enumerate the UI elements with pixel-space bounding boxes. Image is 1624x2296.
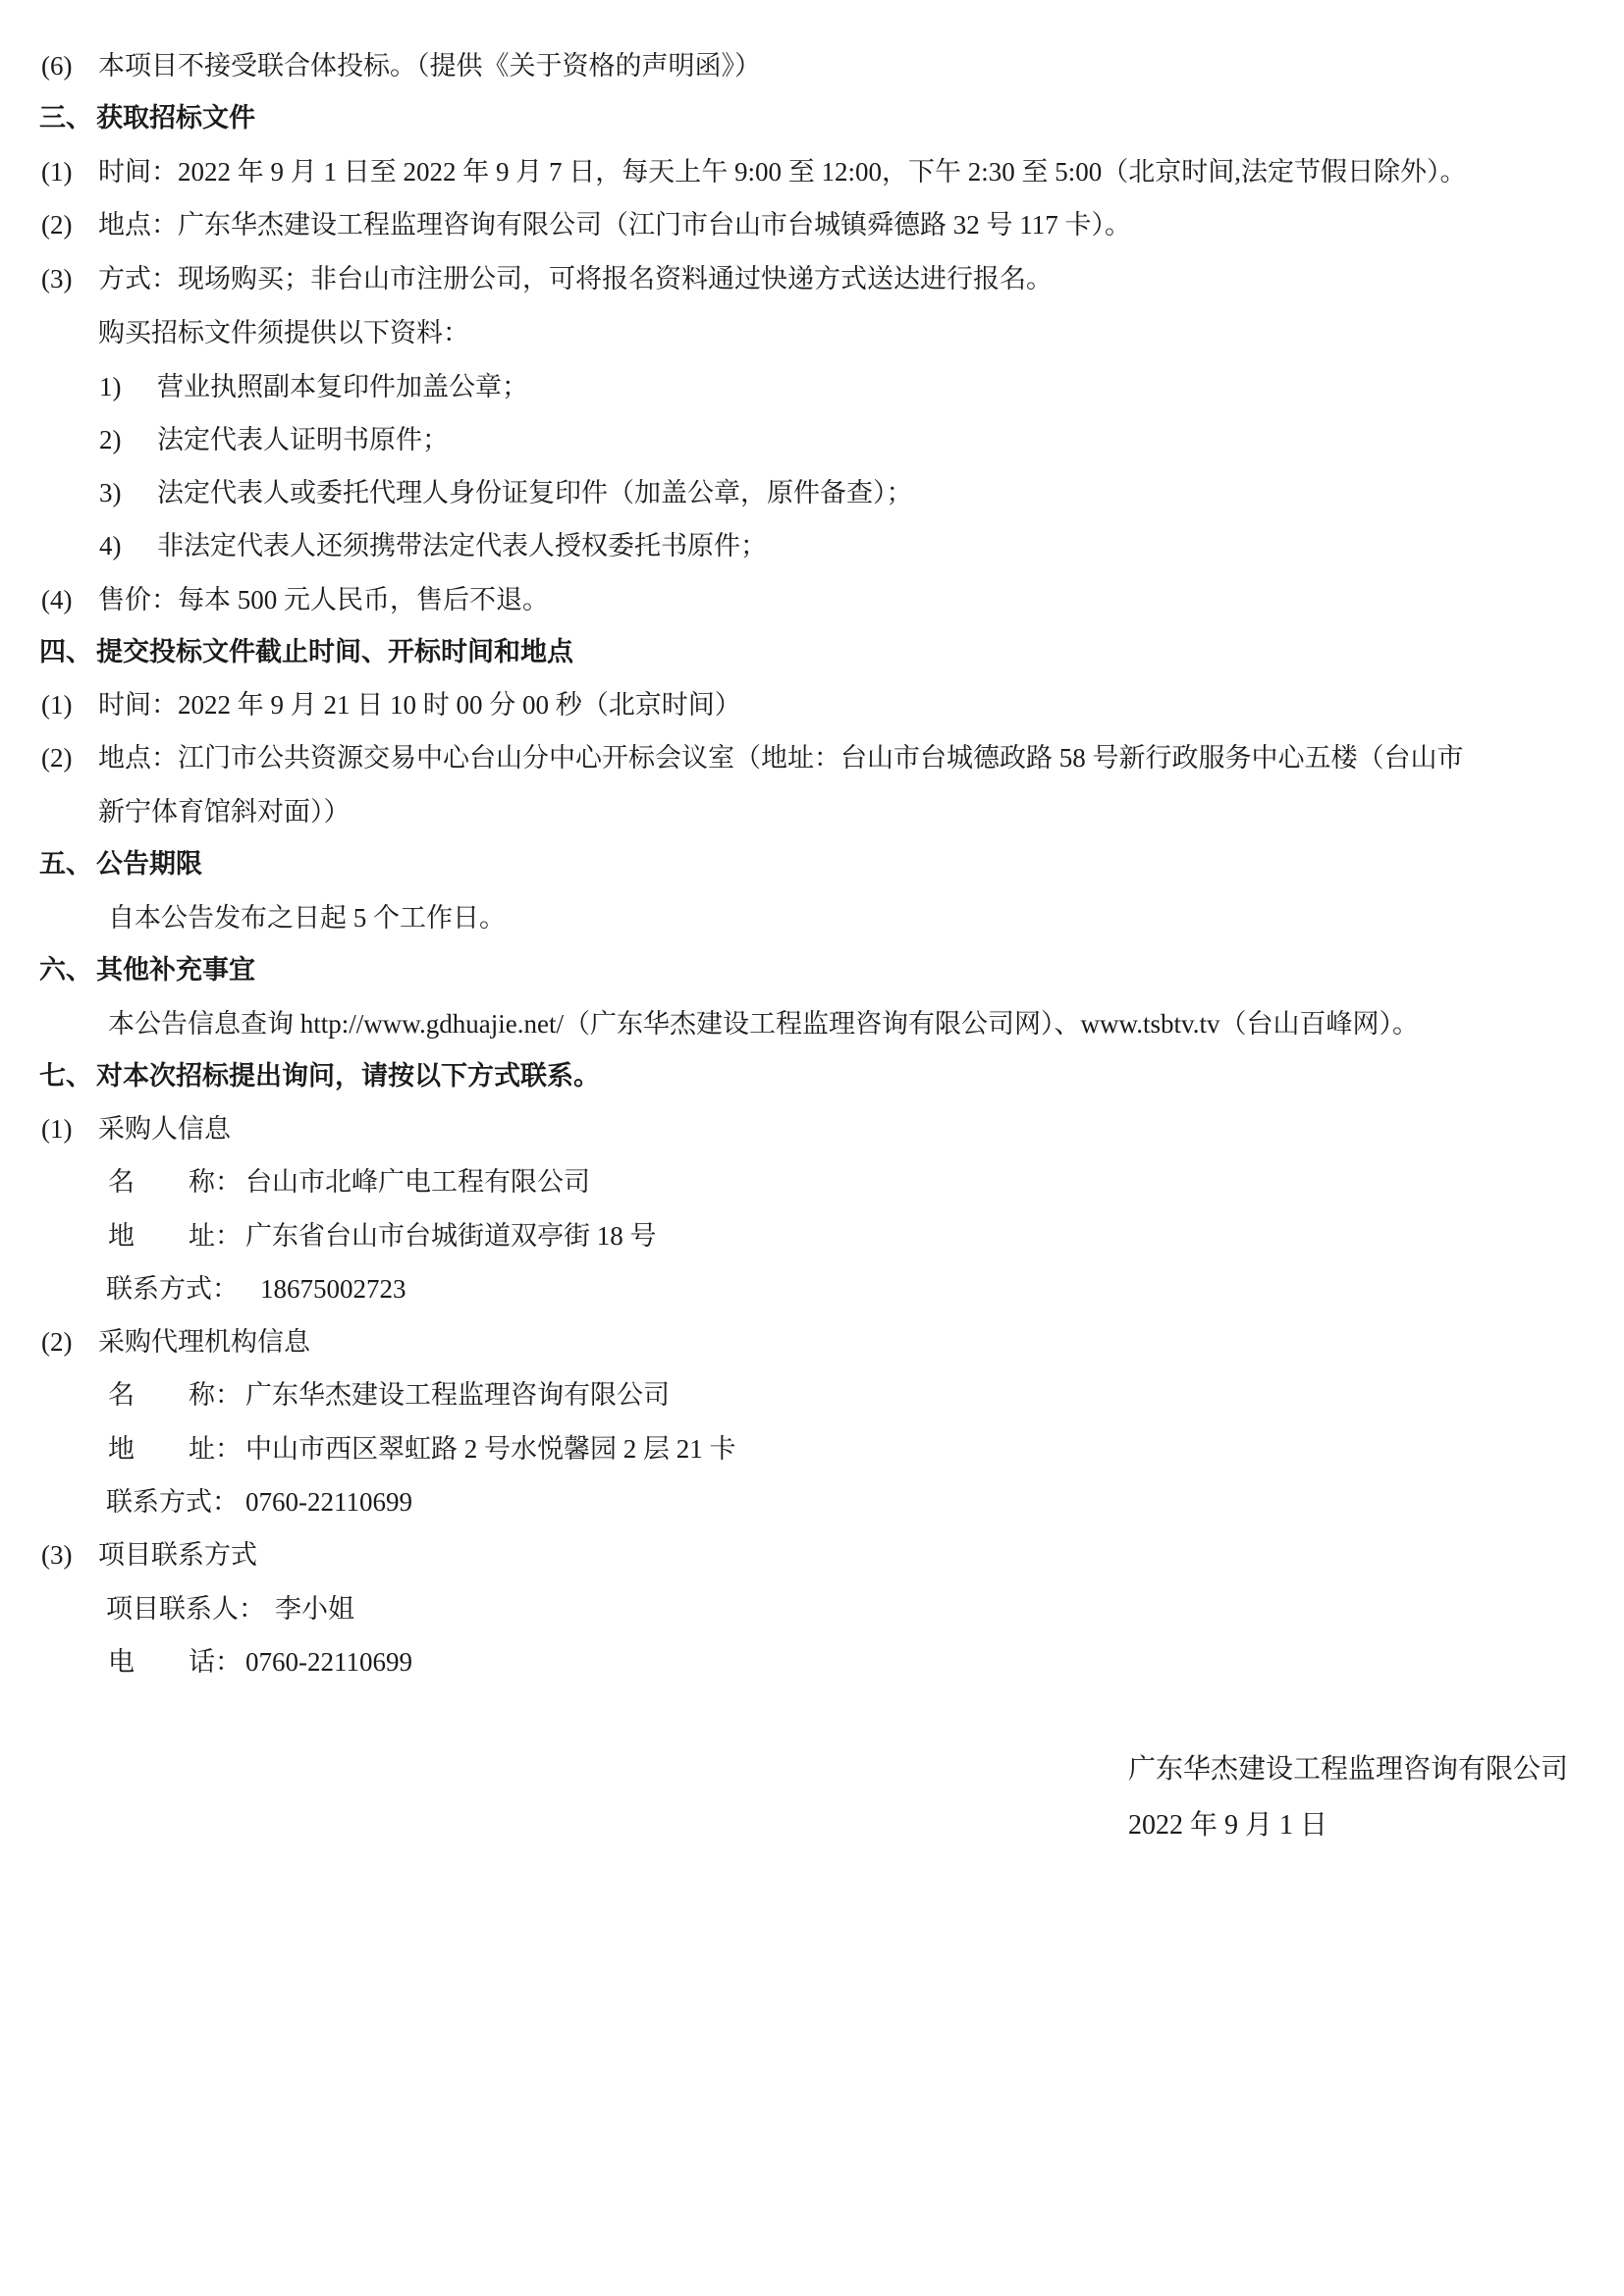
field-colon: ： bbox=[215, 1368, 242, 1421]
section-title: 其他补充事宜 bbox=[96, 943, 255, 996]
section-number: 三、 bbox=[39, 91, 92, 144]
field-label: 联系方式： bbox=[106, 1475, 239, 1528]
purchaser-contact: 18675002723 bbox=[260, 1262, 406, 1315]
field-label-part: 名 bbox=[108, 1155, 135, 1208]
item-text: 本项目不接受联合体投标。（提供《关于资格的声明函》） bbox=[98, 39, 761, 92]
item-number: (1) bbox=[41, 145, 72, 198]
field-label-part: 址 bbox=[189, 1422, 215, 1475]
item-number: (4) bbox=[41, 573, 72, 626]
section-number: 四、 bbox=[39, 625, 92, 678]
item-number: (1) bbox=[41, 1102, 72, 1155]
field-colon: ： bbox=[215, 1635, 242, 1688]
material-number: 2) bbox=[99, 413, 122, 466]
section-6-text: 本公告信息查询 http://www.gdhuajie.net/（广东华杰建设工… bbox=[108, 997, 1419, 1050]
section-title: 获取招标文件 bbox=[96, 91, 255, 144]
item-text: 地点：江门市公共资源交易中心台山分中心开标会议室（地址：台山市台城德政路 58 … bbox=[98, 731, 1464, 784]
field-label: 项目联系人： bbox=[106, 1582, 265, 1635]
price-text: 售价：每本 500 元人民币，售后不退。 bbox=[98, 573, 549, 626]
section-title: 公告期限 bbox=[96, 837, 202, 890]
purchaser-name: 台山市北峰广电工程有限公司 bbox=[245, 1155, 590, 1208]
field-label-part: 称 bbox=[189, 1368, 215, 1421]
field-label-part: 地 bbox=[108, 1422, 135, 1475]
section-5-text: 自本公告发布之日起 5 个工作日。 bbox=[108, 891, 506, 944]
material-number: 4) bbox=[99, 519, 122, 572]
section-number: 七、 bbox=[39, 1049, 92, 1102]
field-label-part: 称 bbox=[189, 1155, 215, 1208]
item-number: (1) bbox=[41, 678, 72, 731]
item-text: 时间：2022 年 9 月 21 日 10 时 00 分 00 秒（北京时间） bbox=[98, 678, 741, 731]
item-text: 时间：2022 年 9 月 1 日至 2022 年 9 月 7 日，每天上午 9… bbox=[98, 145, 1467, 198]
item-number: (3) bbox=[41, 1528, 72, 1581]
section-title: 提交投标文件截止时间、开标时间和地点 bbox=[96, 625, 573, 678]
signature-company: 广东华杰建设工程监理咨询有限公司 bbox=[1128, 1743, 1568, 1796]
field-colon: ： bbox=[215, 1155, 242, 1208]
section-number: 六、 bbox=[39, 943, 92, 996]
item-number: (2) bbox=[41, 1315, 72, 1368]
material-number: 3) bbox=[99, 466, 122, 519]
field-label-part: 电 bbox=[108, 1635, 135, 1688]
material-text: 法定代表人证明书原件； bbox=[157, 413, 449, 466]
field-colon: ： bbox=[215, 1209, 242, 1262]
project-contact-label: 项目联系方式 bbox=[98, 1528, 257, 1581]
purchaser-address: 广东省台山市台城街道双亭街 18 号 bbox=[245, 1209, 657, 1262]
agency-contact: 0760-22110699 bbox=[245, 1475, 412, 1528]
section-title: 对本次招标提出询问，请按以下方式联系。 bbox=[96, 1049, 600, 1102]
field-label-part: 址 bbox=[189, 1209, 215, 1262]
material-text: 营业执照副本复印件加盖公章； bbox=[157, 360, 528, 413]
agency-label: 采购代理机构信息 bbox=[98, 1315, 310, 1368]
item-number: (3) bbox=[41, 252, 72, 305]
signature-date: 2022 年 9 月 1 日 bbox=[1128, 1799, 1327, 1852]
project-phone: 0760-22110699 bbox=[245, 1635, 412, 1688]
item-text: 地点：广东华杰建设工程监理咨询有限公司（江门市台山市台城镇舜德路 32 号 11… bbox=[98, 198, 1131, 251]
field-label-part: 地 bbox=[108, 1209, 135, 1262]
item-number: (2) bbox=[41, 731, 72, 784]
material-text: 非法定代表人还须携带法定代表人授权委托书原件； bbox=[157, 519, 767, 572]
item-text: 方式：现场购买；非台山市注册公司，可将报名资料通过快递方式送达进行报名。 bbox=[98, 252, 1053, 305]
item-number: (2) bbox=[41, 198, 72, 251]
material-number: 1) bbox=[99, 360, 122, 413]
item-text: 新宁体育馆斜对面）） bbox=[98, 785, 351, 838]
project-person: 李小姐 bbox=[275, 1582, 354, 1635]
field-label: 联系方式： bbox=[106, 1262, 239, 1315]
section-number: 五、 bbox=[39, 837, 92, 890]
agency-address: 中山市西区翠虹路 2 号水悦馨园 2 层 21 卡 bbox=[245, 1422, 736, 1475]
field-label-part: 话 bbox=[189, 1635, 215, 1688]
purchaser-label: 采购人信息 bbox=[98, 1102, 231, 1155]
material-text: 法定代表人或委托代理人身份证复印件（加盖公章，原件备查）； bbox=[157, 466, 913, 519]
materials-intro-text: 购买招标文件须提供以下资料： bbox=[98, 306, 469, 359]
agency-name: 广东华杰建设工程监理咨询有限公司 bbox=[245, 1368, 670, 1421]
item-number: (6) bbox=[41, 39, 72, 92]
field-label-part: 名 bbox=[108, 1368, 135, 1421]
field-colon: ： bbox=[215, 1422, 242, 1475]
